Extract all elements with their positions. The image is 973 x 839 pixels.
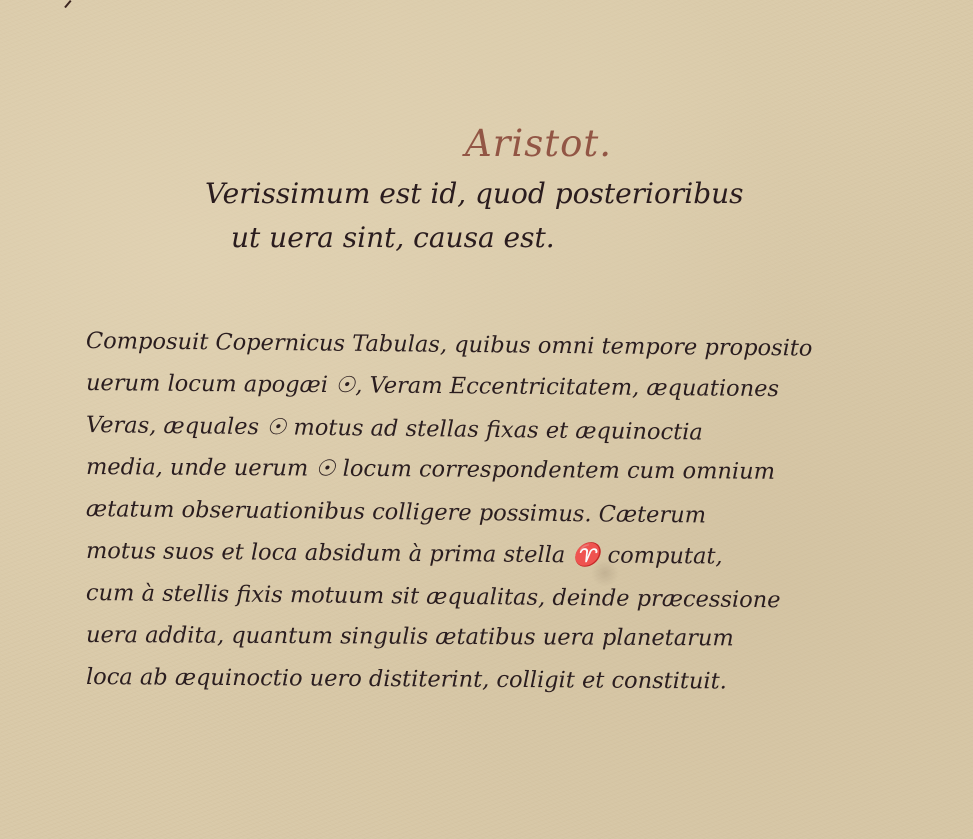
quote-line-2: ut uera sint, causa est. xyxy=(205,216,825,260)
manuscript-page: Aristot. Verissimum est id, quod posteri… xyxy=(0,0,973,839)
aristotle-quote: Verissimum est id, quod posterioribus ut… xyxy=(205,172,825,260)
quote-line-1: Verissimum est id, quod posterioribus xyxy=(205,172,825,216)
body-line-9: loca ab æquinoctio uero distiterint, col… xyxy=(86,656,866,703)
rubric-heading: Aristot. xyxy=(465,122,612,165)
manuscript-body: Composuit Copernicus Tabulas, quibus omn… xyxy=(86,320,866,698)
paper-stain xyxy=(590,560,620,586)
ink-mark xyxy=(64,0,71,8)
body-line-4: media, unde uerum ☉ locum correspondente… xyxy=(86,446,866,493)
body-line-6: motus suos et loca absidum à prima stell… xyxy=(86,530,866,579)
body-line-2: uerum locum apogæi ☉, Veram Eccentricita… xyxy=(86,362,866,411)
body-line-8: uera addita, quantum singulis ætatibus u… xyxy=(86,614,866,660)
